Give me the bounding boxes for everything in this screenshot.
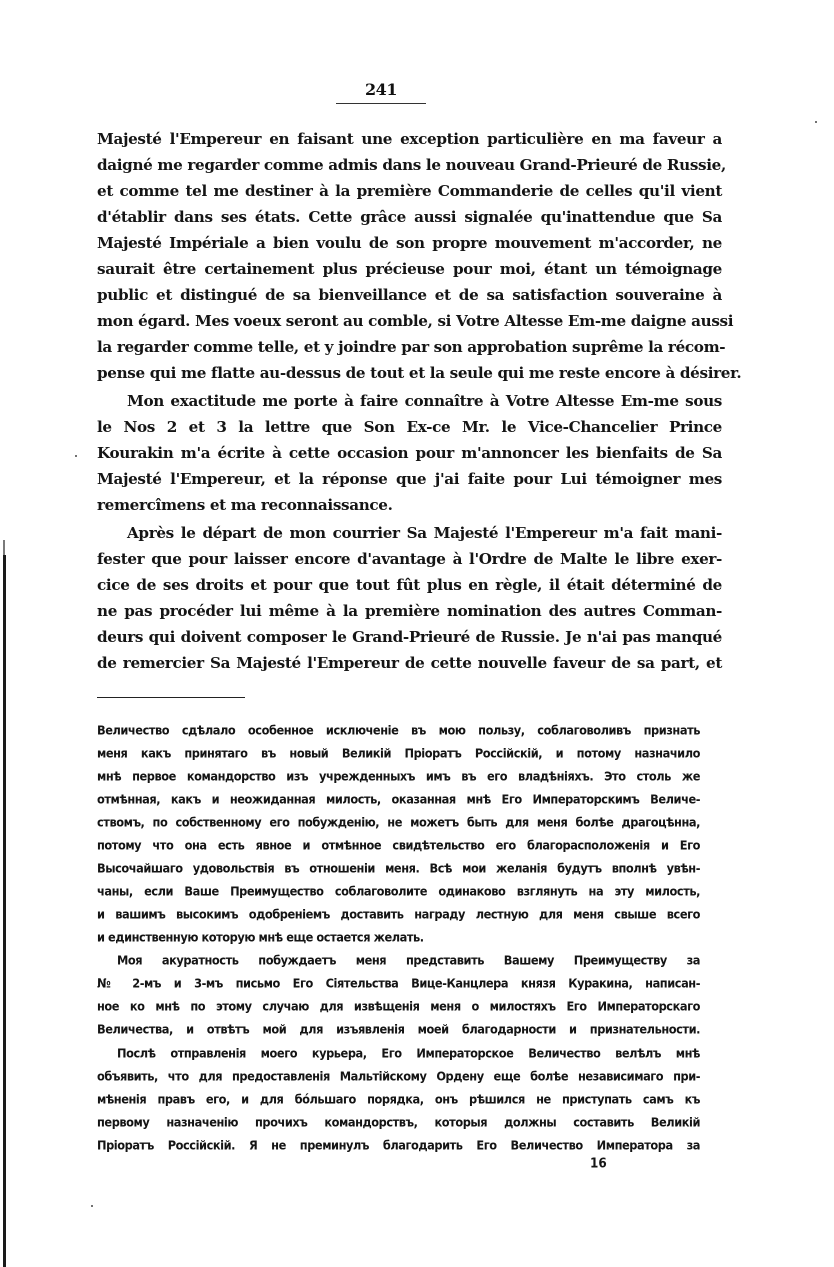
footnote-line: Величество сдѣлало особенное исключенiе … xyxy=(97,719,700,741)
footnote-line: ное ко мнѣ по этому случаю для извѣщенiя… xyxy=(97,995,700,1017)
footnote-line: и вашимъ высокимъ одобренiемъ доставить … xyxy=(97,903,700,925)
text-line: Majesté l'Empereur en faisant une except… xyxy=(97,127,722,151)
text-line: cice de ses droits et pour que tout fût … xyxy=(97,573,722,597)
footnote-line: Прiоратъ Россiйскiй. Я не преминулъ благ… xyxy=(97,1134,700,1156)
footnote-line: отмѣнная, какъ и неожиданная милость, ок… xyxy=(97,788,700,810)
text-line: Mon exactitude me porte à faire connaîtr… xyxy=(127,389,722,413)
text-line: saurait être certainement plus précieuse… xyxy=(97,257,722,281)
text-line: Après le départ de mon courrier Sa Majes… xyxy=(127,521,722,545)
footnote-line: чаны, если Ваше Преимущество соблаговоли… xyxy=(97,880,700,902)
text-line: mon égard. Mes voeux seront au comble, s… xyxy=(97,309,722,333)
text-line: deurs qui doivent composer le Grand-Prie… xyxy=(97,625,722,649)
footnote-line: Высочайшаго удовольствiя въ отношенiи ме… xyxy=(97,857,700,879)
scan-speck xyxy=(91,1205,93,1207)
text-line: Majesté Impériale a bien voulu de son pr… xyxy=(97,231,722,255)
footnote-line: первому назначенiю прочихъ командорствъ,… xyxy=(97,1111,700,1133)
text-line: daigné me regarder comme admis dans le n… xyxy=(97,153,722,177)
footnote-line: ствомъ, по собственному его побужденiю, … xyxy=(97,811,700,833)
text-line: Kourakin m'a écrite à cette occasion pou… xyxy=(97,441,722,465)
footnote-separator-rule xyxy=(97,697,245,698)
page-number-rule xyxy=(336,103,426,104)
footnote-line: меня какъ принятаго въ новый Великiй Прi… xyxy=(97,742,700,764)
text-line: Majesté l'Empereur, et la réponse que j'… xyxy=(97,467,722,491)
footnote-line: потому что она есть явное и отмѣнное сви… xyxy=(97,834,700,856)
text-line: le Nos 2 et 3 la lettre que Son Ex-ce Mr… xyxy=(97,415,722,439)
scan-speck xyxy=(75,455,77,457)
footnote-line: Послѣ отправленiя моего курьера, Его Имп… xyxy=(117,1042,700,1064)
footnote-line: и единственную которую мнѣ еще остается … xyxy=(97,926,700,948)
text-line: remercîmens et ma reconnaissance. xyxy=(97,493,722,517)
text-line: ne pas procéder lui même à la première n… xyxy=(97,599,722,623)
text-line: et comme tel me destiner à la première C… xyxy=(97,179,722,203)
text-line: d'établir dans ses états. Cette grâce au… xyxy=(97,205,722,229)
binding-edge-line xyxy=(3,555,6,1267)
scanned-book-page: 241 Majesté l'Empereur en faisant une ex… xyxy=(0,0,834,1267)
page-number: 241 xyxy=(336,80,426,99)
footnote-line: мнѣ первое командорство изъ учрежденныхъ… xyxy=(97,765,700,787)
printer-signature-mark: 16 xyxy=(590,1155,607,1171)
footnote-line: № 2-мъ и 3-мъ письмо Его Сiятельства Виц… xyxy=(97,972,700,994)
footnote-line: мѣненiя правъ его, и для бóльшаго порядк… xyxy=(97,1088,700,1110)
text-line: fester que pour laisser encore d'avantag… xyxy=(97,547,722,571)
text-line: la regarder comme telle, et y joindre pa… xyxy=(97,335,722,359)
text-line: pense qui me flatte au-dessus de tout et… xyxy=(97,361,722,385)
scan-speck xyxy=(815,121,817,123)
footnote-line: объявить, что для предоставленiя Мальтiй… xyxy=(97,1065,700,1087)
footnote-line: Моя акуратность побуждаетъ меня представ… xyxy=(117,949,700,971)
text-line: public et distingué de sa bienveillance … xyxy=(97,283,722,307)
text-line: de remercier Sa Majesté l'Empereur de ce… xyxy=(97,651,722,675)
footnote-line: Величества, и отвѣтъ мой для изъявленiя … xyxy=(97,1018,700,1040)
